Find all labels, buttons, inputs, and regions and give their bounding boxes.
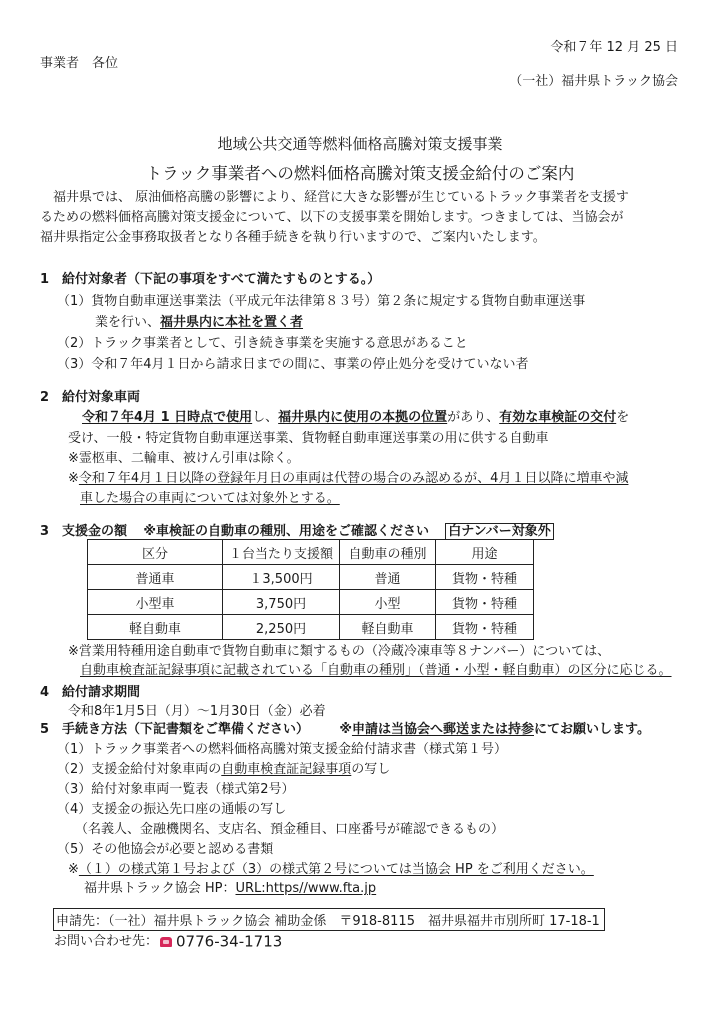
addressee: 事業者 各位 (40, 52, 118, 71)
section-2-note-1: ※霊柩車、二輪車、被けん引車は除く。 (68, 447, 300, 466)
emphasis-headquarters: 福井県内に本社を置く者 (160, 315, 303, 330)
text: を (616, 410, 629, 425)
intro-line: 福井県指定公金事務取扱者となり各種手続きを執り行いますので、ご案内いたします。 (40, 228, 690, 248)
section-2-line-2: 受け、一般・特定貨物自動車運送事業、貨物軽自動車運送事業の用に供する自動車 (68, 427, 548, 446)
homepage-line: 福井県トラック協会 HP：URL:https//www.fta.jp (84, 877, 376, 896)
section-3-footnote: ※営業用特種用途自動車で貨物自動車に類するもの（冷蔵冷凍車等８ナンバー）について… (68, 640, 610, 659)
table-row: 普通車 １3,500円 普通 貨物・特種 (88, 565, 534, 590)
table-cell: 軽自動車 (88, 615, 223, 640)
section-1-item-1: （1）貨物自動車運送事業法（平成元年法律第８３号）第２条に規定する貨物自動車運送… (57, 290, 585, 309)
table-cell: 貨物・特種 (436, 615, 534, 640)
emphasis-location: 福井県内に使用の本拠の位置 (278, 410, 447, 425)
table-cell: 小型 (340, 590, 436, 615)
emphasis-inspection: 有効な車検証の交付 (499, 410, 616, 425)
section-5-heading-row: 5 手続き方法（下記書類をご準備ください） ※申請は当協会へ郵送または持参にてお… (40, 718, 650, 737)
text: （2）支援金給付対象車両の (57, 762, 221, 777)
intro-line: るための燃料価格高騰対策支援金について、以下の支援事業を開始します。つきましては… (40, 208, 690, 228)
table-cell: 2,250円 (223, 615, 340, 640)
section-3-note: ※車検証の自動車の種別、用途をご確認ください (143, 524, 429, 539)
text: があり、 (447, 410, 499, 425)
section-5-item-4-detail: （名義人、金融機関名、支店名、預金種目、口座番号が確認できるもの） (75, 818, 504, 837)
table-cell: １3,500円 (223, 565, 340, 590)
note-mark: ※ (68, 471, 79, 486)
section-5-item-3: （3）給付対象車両一覧表（様式第2号） (57, 778, 295, 797)
table-cell: 貨物・特種 (436, 565, 534, 590)
title-line-2: トラック事業者への燃料価格高騰対策支援金給付のご案内 (0, 160, 720, 184)
section-5-item-5: （5）その他協会が必要と認める書類 (57, 838, 273, 857)
section-5-heading: 5 手続き方法（下記書類をご準備ください） (40, 722, 309, 737)
phone-icon (160, 937, 172, 947)
section-2-line-1: 令和７年4月 1 日時点で使用し、福井県内に使用の本拠の位置があり、有効な車検証… (82, 406, 629, 425)
submission-method: 申請は当協会へ郵送または持参 (352, 722, 534, 737)
inspection-record: 自動車検査証記録事項 (221, 762, 351, 777)
table-header: 区分 (88, 540, 223, 565)
document-date: 令和７年 12 月 25 日 (550, 36, 678, 55)
table-cell: 小型車 (88, 590, 223, 615)
section-5-item-4: （4）支援金の振込先口座の通帳の写し (57, 798, 286, 817)
note-mark: ※ (68, 862, 79, 877)
section-4-heading: 4 給付請求期間 (40, 681, 140, 700)
table-row: 小型車 3,750円 小型 貨物・特種 (88, 590, 534, 615)
intro-paragraph: 福井県では、 原油価格高騰の影響により、経営に大きな影響が生じているトラック事業… (40, 188, 690, 248)
section-5-item-2: （2）支援金給付対象車両の自動車検査証記録事項の写し (57, 758, 390, 777)
table-cell: 軽自動車 (340, 615, 436, 640)
homepage-link[interactable]: URL:https//www.fta.jp (236, 881, 377, 896)
intro-line: 福井県では、 原油価格高騰の影響により、経営に大きな影響が生じているトラック事業… (40, 188, 690, 208)
section-2-heading: 2 給付対象車両 (40, 386, 140, 405)
table-row: 軽自動車 2,250円 軽自動車 貨物・特種 (88, 615, 534, 640)
section-3-footnote-cont: 自動車検査証記録事項に記載されている「自動車の種別」（普通・小型・軽自動車）の区… (80, 659, 672, 678)
table-cell: 普通車 (88, 565, 223, 590)
section-1-item-3: （3）令和７年4月１日から請求日までの間に、事業の停止処分を受けていない者 (57, 353, 529, 372)
section-2-note-2-cont: 車した場合の車両については対象外とする。 (80, 487, 340, 506)
application-address-box: 申請先：（一社）福井県トラック協会 補助金係 〒918-8115 福井県福井市別… (53, 908, 605, 931)
table-header: 自動車の種別 (340, 540, 436, 565)
section-1-item-1-cont: 業を行い、福井県内に本社を置く者 (95, 311, 303, 330)
table-cell: 3,750円 (223, 590, 340, 615)
inquiry-line: お問い合わせ先：0776-34-1713 (54, 930, 282, 951)
section-2-note-2: ※令和７年4月１日以降の登録年月日の車両は代替の場合のみ認めるが、4月１日以降に… (68, 467, 628, 486)
text: の写し (351, 762, 390, 777)
white-plate-excluded-badge: 白ナンバー対象外 (445, 523, 553, 540)
section-5-item-1: （1）トラック事業者への燃料価格高騰対策支援金給付請求書（様式第１号） (57, 738, 507, 757)
section-3-heading-row: 3 支援金の額 ※車検証の自動車の種別、用途をご確認ください 白ナンバー対象外 (40, 520, 554, 539)
text: 業を行い、 (95, 315, 160, 330)
homepage-label: 福井県トラック協会 HP： (84, 881, 236, 896)
table-header: 用途 (436, 540, 534, 565)
table-cell: 普通 (340, 565, 436, 590)
inquiry-label: お問い合わせ先： (54, 934, 158, 949)
support-amount-table: 区分 １台当たり支援額 自動車の種別 用途 普通車 １3,500円 普通 貨物・… (87, 539, 534, 640)
emphasis-date: 令和７年4月 1 日時点で使用 (82, 410, 252, 425)
table-header-row: 区分 １台当たり支援額 自動車の種別 用途 (88, 540, 534, 565)
note-text: にてお願いします。 (534, 722, 650, 737)
sender: （一社）福井県トラック協会 (509, 70, 678, 89)
section-1-item-2: （2）トラック事業者として、引き続き事業を実施する意思があること (57, 332, 468, 351)
request-period: 令和8年1月5日（月）～1月30日（金）必着 (68, 700, 326, 719)
note-text: 令和７年4月１日以降の登録年月日の車両は代替の場合のみ認めるが、4月１日以降に増… (79, 471, 629, 486)
table-header: １台当たり支援額 (223, 540, 340, 565)
note-text: 車した場合の車両については対象外とする。 (80, 491, 340, 506)
forms-note: ※（１）の様式第１号および（3）の様式第２号については当協会 HP をご利用くだ… (68, 858, 594, 877)
note-text: （１）の様式第１号および（3）の様式第２号については当協会 HP をご利用くださ… (79, 862, 594, 877)
section-1-heading: 1 給付対象者（下記の事項をすべて満たすものとする。） (40, 268, 380, 287)
table-cell: 貨物・特種 (436, 590, 534, 615)
title-line-1: 地域公共交通等燃料価格高騰対策支援事業 (0, 133, 720, 154)
phone-number[interactable]: 0776-34-1713 (176, 933, 282, 951)
note-mark: ※ (339, 722, 352, 737)
footnote-text: 自動車検査証記録事項に記載されている「自動車の種別」（普通・小型・軽自動車）の区… (80, 663, 672, 678)
text: し、 (252, 410, 278, 425)
section-3-heading: 3 支援金の額 (40, 524, 127, 539)
